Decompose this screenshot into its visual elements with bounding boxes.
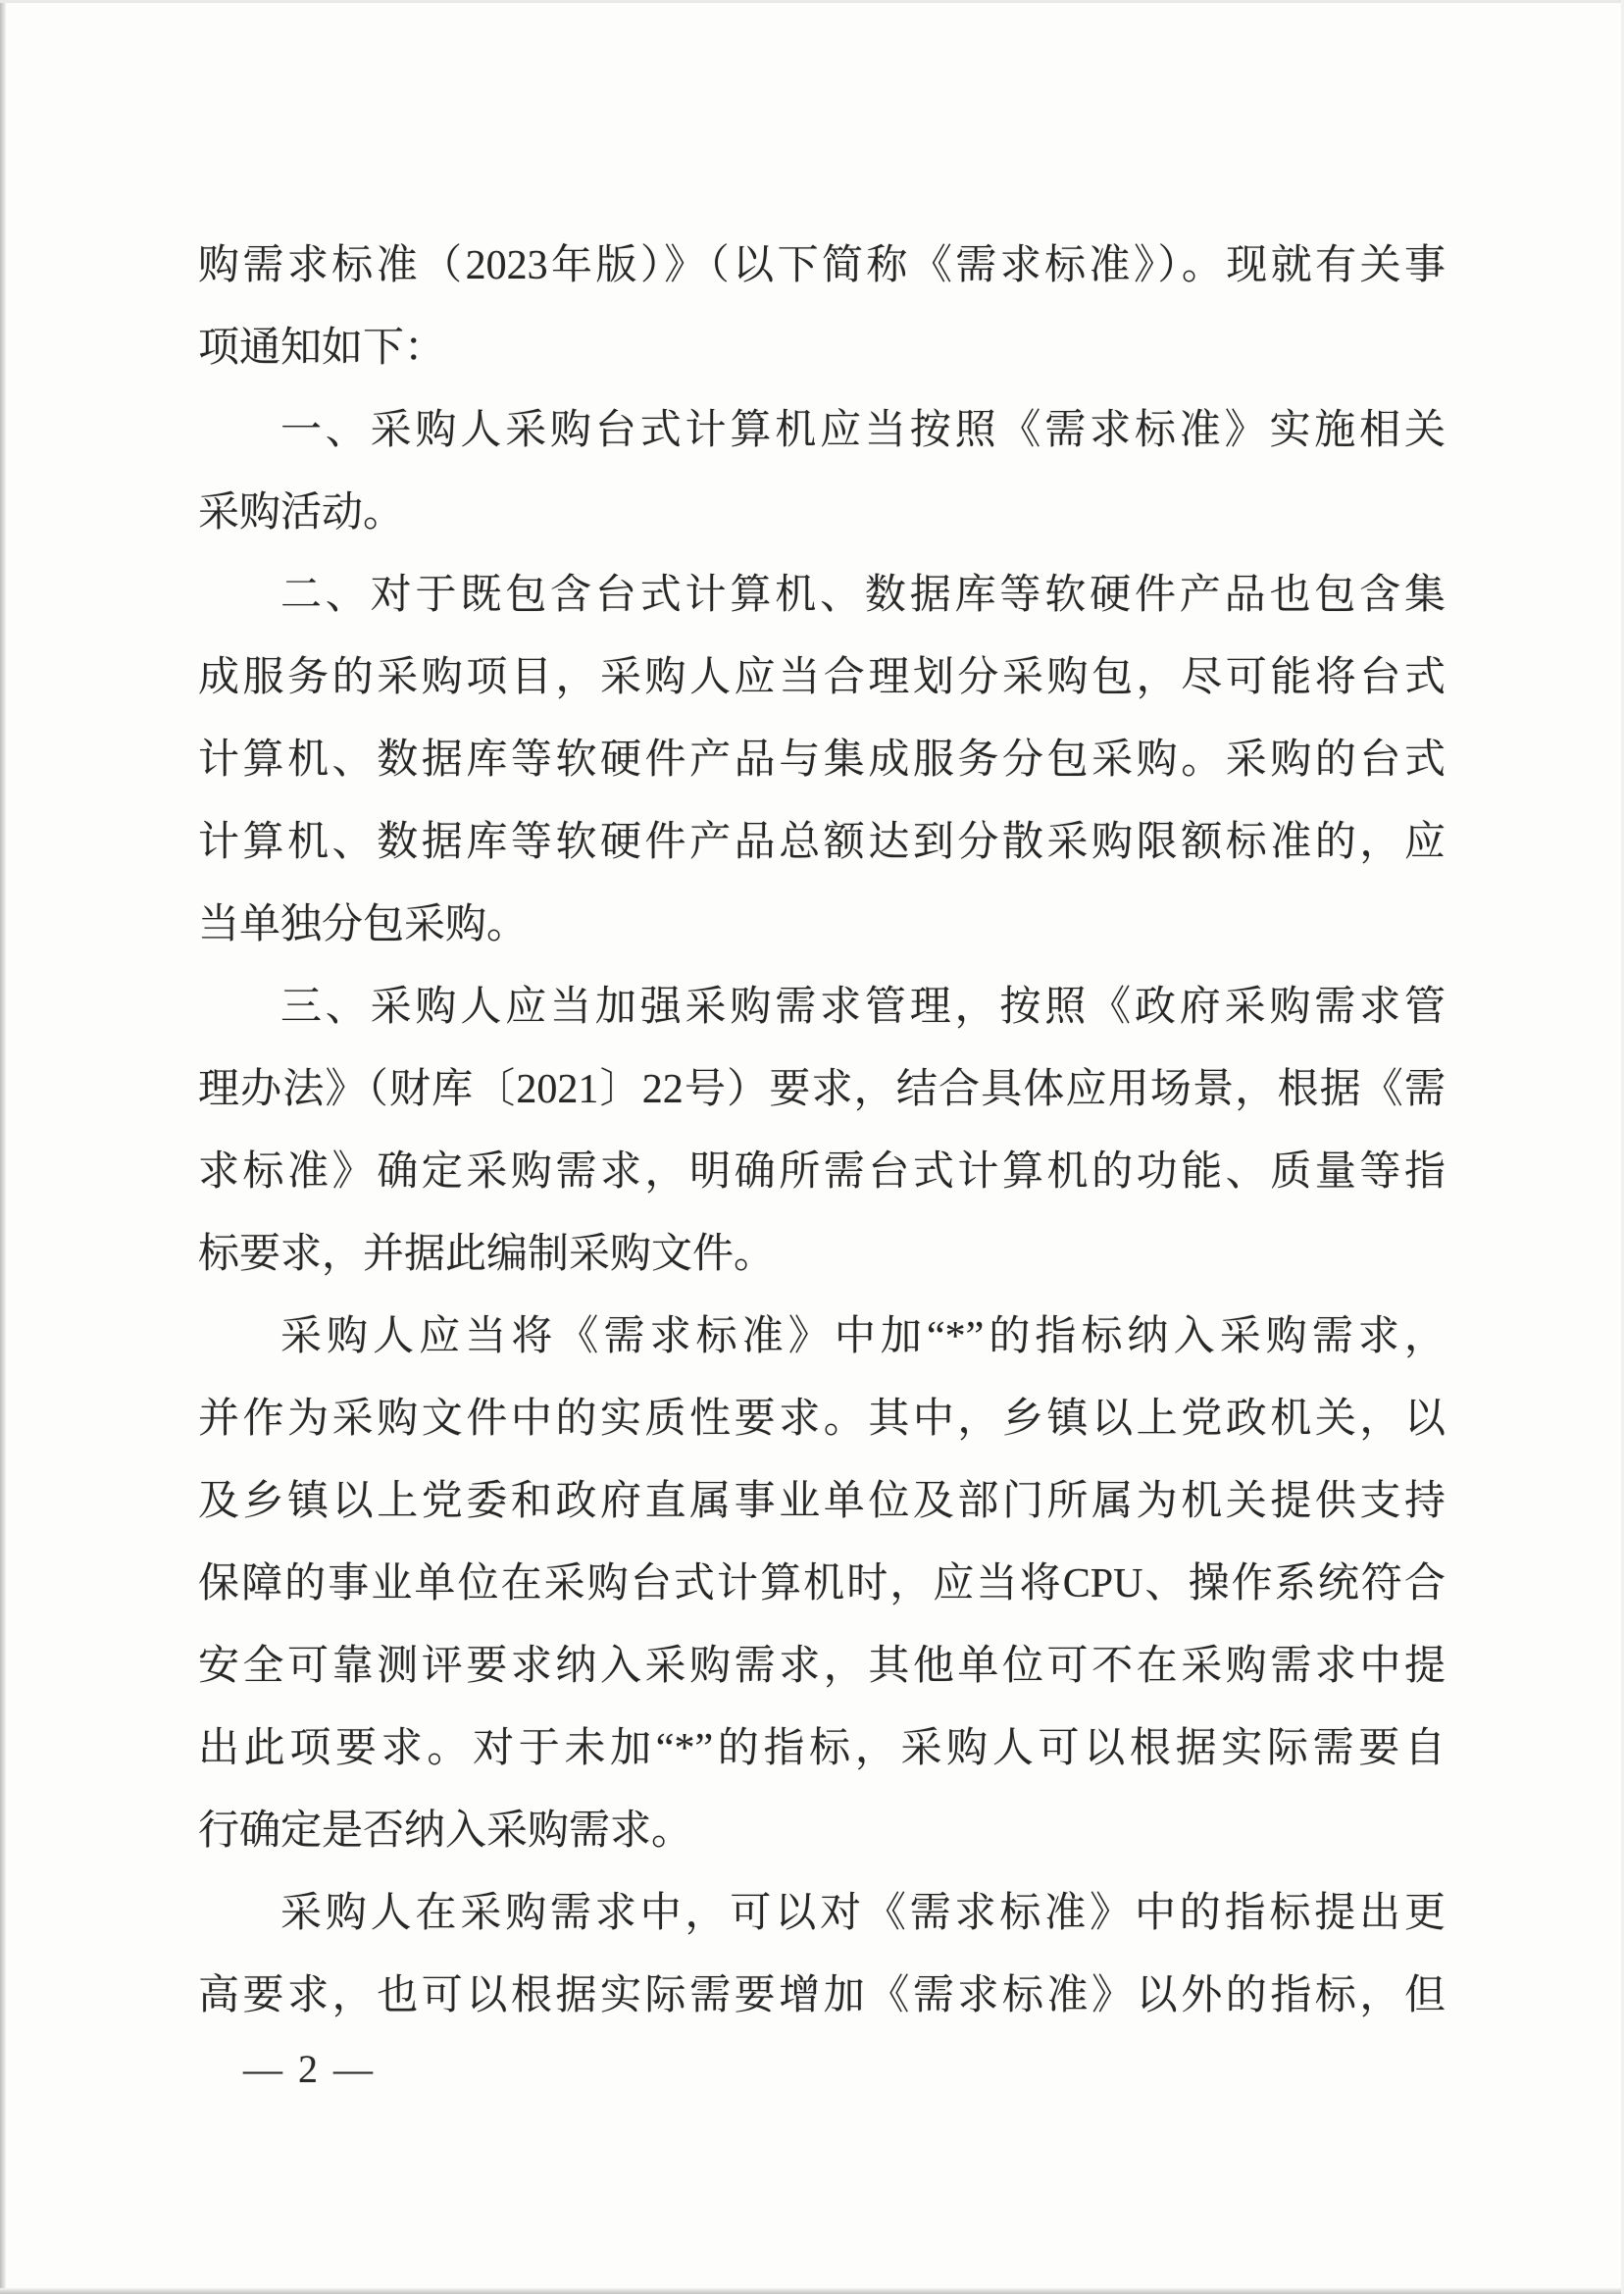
text-line: 项通知如下： bbox=[198, 307, 1446, 389]
text-line: 采购人在采购需求中，可以对《需求标准》中的指标提出更 bbox=[198, 1872, 1446, 1955]
text-line: 保障的事业单位在采购台式计算机时，应当将CPU、操作系统符合 bbox=[198, 1543, 1446, 1625]
text-line: 成服务的采购项目，采购人应当合理划分采购包，尽可能将台式 bbox=[198, 637, 1446, 719]
text-line: 并作为采购文件中的实质性要求。其中，乡镇以上党政机关，以 bbox=[198, 1378, 1446, 1460]
text-line: 采购活动。 bbox=[198, 472, 1446, 554]
text-line: 计算机、数据库等软硬件产品总额达到分散采购限额标准的，应 bbox=[198, 801, 1446, 884]
text-line: 购需求标准（2023年版）》（以下简称《需求标准》）。现就有关事 bbox=[198, 225, 1446, 307]
text-line: 行确定是否纳入采购需求。 bbox=[198, 1790, 1446, 1872]
text-line: 高要求，也可以根据实际需要增加《需求标准》以外的指标，但 bbox=[198, 1955, 1446, 2037]
scan-edge-bottom bbox=[0, 2288, 1624, 2294]
text-line: 计算机、数据库等软硬件产品与集成服务分包采购。采购的台式 bbox=[198, 719, 1446, 801]
text-line: 安全可靠测评要求纳入采购需求，其他单位可不在采购需求中提 bbox=[198, 1625, 1446, 1708]
document-page: 购需求标准（2023年版）》（以下简称《需求标准》）。现就有关事 项通知如下： … bbox=[198, 225, 1446, 2037]
text-line: 出此项要求。对于未加“*”的指标，采购人可以根据实际需要自 bbox=[198, 1708, 1446, 1790]
text-line: 标要求，并据此编制采购文件。 bbox=[198, 1213, 1446, 1296]
text-line: 三、采购人应当加强采购需求管理，按照《政府采购需求管 bbox=[198, 966, 1446, 1048]
text-line: 及乡镇以上党委和政府直属事业单位及部门所属为机关提供支持 bbox=[198, 1460, 1446, 1543]
text-line: 理办法》（财库〔2021〕22号）要求，结合具体应用场景，根据《需 bbox=[198, 1048, 1446, 1131]
scan-edge-left bbox=[0, 0, 6, 2294]
scan-edge-top bbox=[0, 0, 1624, 3]
text-line: 采购人应当将《需求标准》中加“*”的指标纳入采购需求， bbox=[198, 1296, 1446, 1378]
text-line: 一、采购人采购台式计算机应当按照《需求标准》实施相关 bbox=[198, 389, 1446, 472]
text-line: 二、对于既包含台式计算机、数据库等软硬件产品也包含集 bbox=[198, 554, 1446, 637]
text-line: 当单独分包采购。 bbox=[198, 884, 1446, 966]
text-line: 求标准》确定采购需求，明确所需台式计算机的功能、质量等指 bbox=[198, 1131, 1446, 1213]
page-number: — 2 — bbox=[243, 2046, 376, 2093]
